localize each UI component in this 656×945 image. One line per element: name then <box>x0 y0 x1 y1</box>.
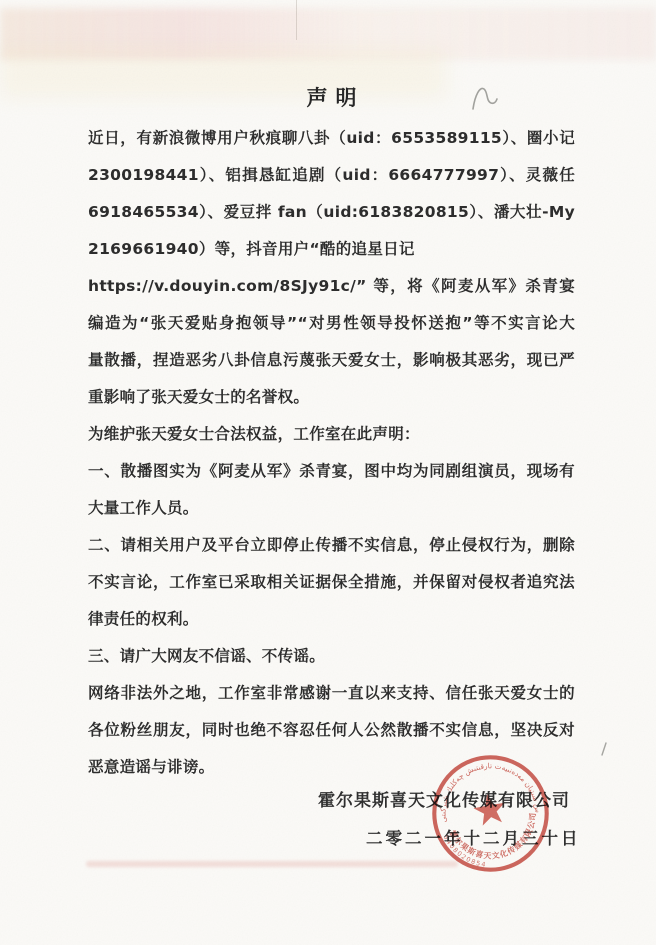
pen-slash-mark-icon <box>597 740 611 758</box>
scanned-document-page: 声明 近日，有新浪微博用户秋痕聊八卦（uid：6553589115）、圈小记（u… <box>0 0 656 945</box>
stamp-smear <box>86 861 458 867</box>
body-line: 三、请广大网友不信谣、不传谣。 <box>88 638 575 675</box>
body-line: 律责任的权利。 <box>88 601 575 638</box>
scan-tint-band <box>0 8 656 60</box>
body-line: 二、请相关用户及平台立即停止传播不实信息，停止侵权行为，删除 <box>88 527 575 564</box>
body-line: 量散播，捏造恶劣八卦信息污蔑张天爱女士，影响极其恶劣，现已严 <box>88 342 575 379</box>
body-line: 2169661940）等，抖音用户“酷的追星日记 <box>88 231 575 268</box>
body-line: 为维护张天爱女士合法权益，工作室在此声明： <box>88 416 575 453</box>
company-seal: قورغاس شىتيان مەدەنىيەت تارقىتىش چەكلىك … <box>426 749 555 878</box>
fold-crease <box>296 0 297 40</box>
body-line: 近日，有新浪微博用户秋痕聊八卦（uid：6553589115）、圈小记（uid： <box>88 120 575 157</box>
pen-hook-mark-icon <box>465 82 510 117</box>
seal-star-icon <box>472 792 508 827</box>
body-line: 不实言论，工作室已采取相关证据保全措施，并保留对侵权者追究法 <box>88 564 575 601</box>
body-line: 6918465534）、爱豆拌 fan（uid:6183820815）、潘大壮-… <box>88 194 575 231</box>
body-line: 重影响了张天爱女士的名誉权。 <box>88 379 575 416</box>
body-line: 一、散播图实为《阿麦从军》杀青宴，图中均为同剧组演员，现场有 <box>88 453 575 490</box>
body-line: 网络非法外之地，工作室非常感谢一直以来支持、信任张天爱女士的 <box>88 675 575 712</box>
body-line: 各位粉丝朋友，同时也绝不容忍任何人公然散播不实信息，坚决反对 <box>88 712 575 749</box>
body-line: 大量工作人员。 <box>88 490 575 527</box>
document-body: 近日，有新浪微博用户秋痕聊八卦（uid：6553589115）、圈小记（uid：… <box>88 120 575 786</box>
body-line: 2300198441）、铝揖恳缸追剧（uid：6664777997）、灵薇任你飞… <box>88 157 575 194</box>
body-line: 编造为“张天爱贴身抱领导”“对男性领导投怀送抱”等不实言论大 <box>88 305 575 342</box>
body-line: https://v.douyin.com/8SJy91c/” 等，将《阿麦从军》… <box>88 268 575 305</box>
